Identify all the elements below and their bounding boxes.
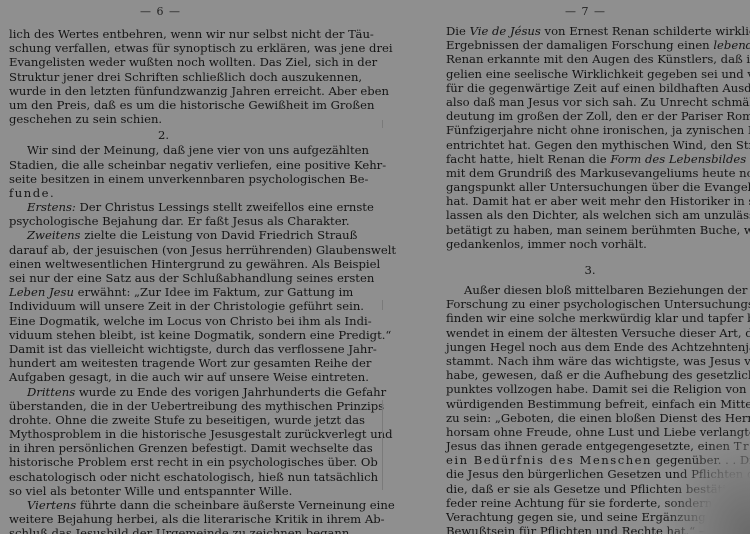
text-line: sei nur der eine Satz aus der Schlußabha… (9, 271, 318, 285)
emphasis-lebendigen-jesus: lebendigen Jesus. (713, 38, 750, 52)
text-line: schluß das Jesusbild der Urgemeinde zu z… (9, 526, 318, 534)
text-line: deutung im großen der Zoll, den er der P… (446, 109, 734, 123)
text-line: Aufgaben gesagt, in die auch wir auf uns… (9, 370, 318, 384)
text-line: darauf ab, der jesuischen (von Jesus her… (9, 243, 318, 257)
text-line: gelien eine seelische Wirklichkeit gegeb… (446, 67, 734, 81)
text-line: facht hatte, hielt Renan die Form des Le… (446, 152, 734, 166)
scan-smudge (660, 424, 750, 534)
text-line: wurde in den letzten fünfundzwanzig Jahr… (9, 84, 318, 98)
text-line: Ergebnissen der damaligen Forschung eine… (446, 38, 734, 52)
text-line: Forschung zu einer psychologischen Unter… (446, 297, 734, 311)
spaced-emphasis: ein Bedürfnis des Menschen (446, 453, 652, 467)
text-line: für die gegenwärtige Zeit auf einen bild… (446, 81, 734, 95)
section-heading-3: 3. (446, 251, 734, 283)
text-line: Stadien, die alle scheinbar negativ verl… (9, 158, 318, 172)
text-line: überstanden, die in der Uebertreibung de… (9, 399, 318, 413)
text-line: Wir sind der Meinung, daß jene vier von … (9, 143, 318, 157)
right-page: — 7 — Die Vie de Jésus von Ernest Renan … (375, 0, 750, 534)
lead-word-zweitens: Zweitens (27, 228, 81, 242)
text-line: um den Preis, daß es um die historische … (9, 98, 318, 112)
emphasis-form-des-lebensbildes: Form des Lebensbildes (610, 152, 746, 166)
lead-word-viertens: Viertens (27, 498, 76, 512)
text-line: einen weltwesentlichen Hintergrund zu ge… (9, 257, 318, 271)
text-line: Eine Dogmatik, welche im Locus von Chris… (9, 314, 318, 328)
text-line: hat. Damit hat er aber weit mehr den His… (446, 194, 734, 208)
section-heading-2: 2. (9, 126, 318, 143)
gutter-mark (382, 400, 383, 490)
text-segment: Ergebnissen der damaligen Forschung eine… (446, 38, 710, 52)
text-line: Damit ist das vielleicht wichtigste, dur… (9, 342, 318, 356)
text-segment: Die (446, 24, 466, 38)
text-line: so viel als betonter Wille und entspannt… (9, 484, 318, 498)
text-line: weitere Bejahung herbei, als die literar… (9, 512, 318, 526)
text-segment: Der Christus Lessings stellt zweifellos … (80, 200, 374, 214)
text-line: zu sein: „Geboten, die einen bloßen Dien… (446, 411, 734, 425)
lead-word-drittens: Drittens (27, 385, 75, 399)
text-line: Mythosproblem in die historische Jesusge… (9, 427, 318, 441)
text-line: entrichtet hat. Gegen den mythischen Win… (446, 138, 734, 152)
text-line: in ihren persönlichen Grenzen befestigt.… (9, 441, 318, 455)
text-line: Die Vie de Jésus von Ernest Renan schild… (446, 24, 734, 38)
text-line: hundert am weitesten tragende Wort zur g… (9, 356, 318, 370)
text-segment: zielte die Leistung von David Friedrich … (84, 228, 357, 242)
paragraph-viertens: Viertens führte dann die scheinbare äuße… (9, 498, 318, 512)
text-segment: führte dann die scheinbare äußerste Vern… (80, 498, 395, 512)
text-line: betätigt zu haben, man seinem berühmten … (446, 223, 734, 237)
text-line: schung verfallen, etwas für synoptisch z… (9, 41, 318, 55)
text-line: Individuum will unsere Zeit in der Chris… (9, 299, 318, 313)
text-line: habe, gewesen, daß er die Aufhebung des … (446, 368, 734, 382)
lead-word-erstens: Erstens: (27, 200, 76, 214)
left-page-body: lich des Wertes entbehren, wenn wir nur … (9, 27, 318, 534)
page-number-7: — 7 — (565, 5, 606, 18)
title-vie-de-jesus: Vie de Jésus (470, 24, 541, 38)
text-line: gedankenlos, immer noch vorhält. (446, 237, 734, 251)
text-line: historische Problem erst recht in ein ps… (9, 455, 318, 469)
text-line: punktes vollzogen habe. Damit sei die Re… (446, 382, 734, 396)
text-segment: wurde zu Ende des vorigen Jahrhunderts d… (79, 385, 386, 399)
gutter-mark (382, 300, 383, 310)
text-line: Fünfzigerjahre nicht ohne ironischen, ja… (446, 123, 734, 137)
left-page: — 6 — lich des Wertes entbehren, wenn wi… (0, 0, 375, 534)
text-line: geschehen zu sein schien. (9, 112, 318, 126)
text-line: Leben Jesu erwähnt: „Zur Idee im Faktum,… (9, 285, 318, 299)
text-segment: von Ernest Renan schilderte wirklich nac… (545, 24, 750, 38)
text-line: also daß man Jesus vor sich sah. Zu Unre… (446, 95, 734, 109)
text-line: mit dem Grundriß des Markusevangeliums h… (446, 166, 734, 180)
text-line: Struktur jener drei Schriften schließlic… (9, 70, 318, 84)
text-line: Außer diesen bloß mittelbaren Beziehunge… (446, 283, 734, 297)
text-line: würdigenden Bestimmung befreit, einfach … (446, 397, 734, 411)
text-segment: facht hatte, hielt Renan die (446, 152, 607, 166)
page-number-6: — 6 — (140, 5, 181, 18)
text-line: psychologische Bejahung dar. Er faßt Jes… (9, 214, 318, 228)
text-line: wendet in einem der ältesten Versuche di… (446, 326, 734, 340)
paragraph-erstens: Erstens: Der Christus Lessings stellt zw… (9, 200, 318, 214)
paragraph-drittens: Drittens wurde zu Ende des vorigen Jahrh… (9, 385, 318, 399)
text-line: gangspunkt aller Untersuchungen über die… (446, 180, 734, 194)
text-line: drohte. Ohne die zweite Stufe zu beseiti… (9, 413, 318, 427)
text-segment: erwähnt: „Zur Idee im Faktum, zur Gattun… (78, 285, 354, 299)
text-line: lassen als den Dichter, als welchen sich… (446, 208, 734, 222)
text-line: Renan erkannte mit den Augen des Künstle… (446, 52, 734, 66)
text-line: finden wir eine solche merkwürdig klar u… (446, 311, 734, 325)
gutter-mark (382, 120, 383, 128)
text-line: Evangelisten weder wußten noch wollten. … (9, 55, 318, 69)
text-line: viduum stehen bleibt, ist keine Dogmatik… (9, 328, 318, 342)
text-line: jungen Hegel noch aus dem Ende des Achtz… (446, 340, 734, 354)
title-leben-jesu: Leben Jesu (9, 285, 74, 299)
text-line: seite besitzen in einem unverkennbaren p… (9, 172, 318, 186)
text-line: eschatologisch oder nicht eschatologisch… (9, 470, 318, 484)
text-line: funde. (9, 186, 318, 200)
text-line: lich des Wertes entbehren, wenn wir nur … (9, 27, 318, 41)
paragraph-zweitens: Zweitens zielte die Leistung von David F… (9, 228, 318, 242)
text-line: stammt. Nach ihm wäre das wichtigste, wa… (446, 354, 734, 368)
